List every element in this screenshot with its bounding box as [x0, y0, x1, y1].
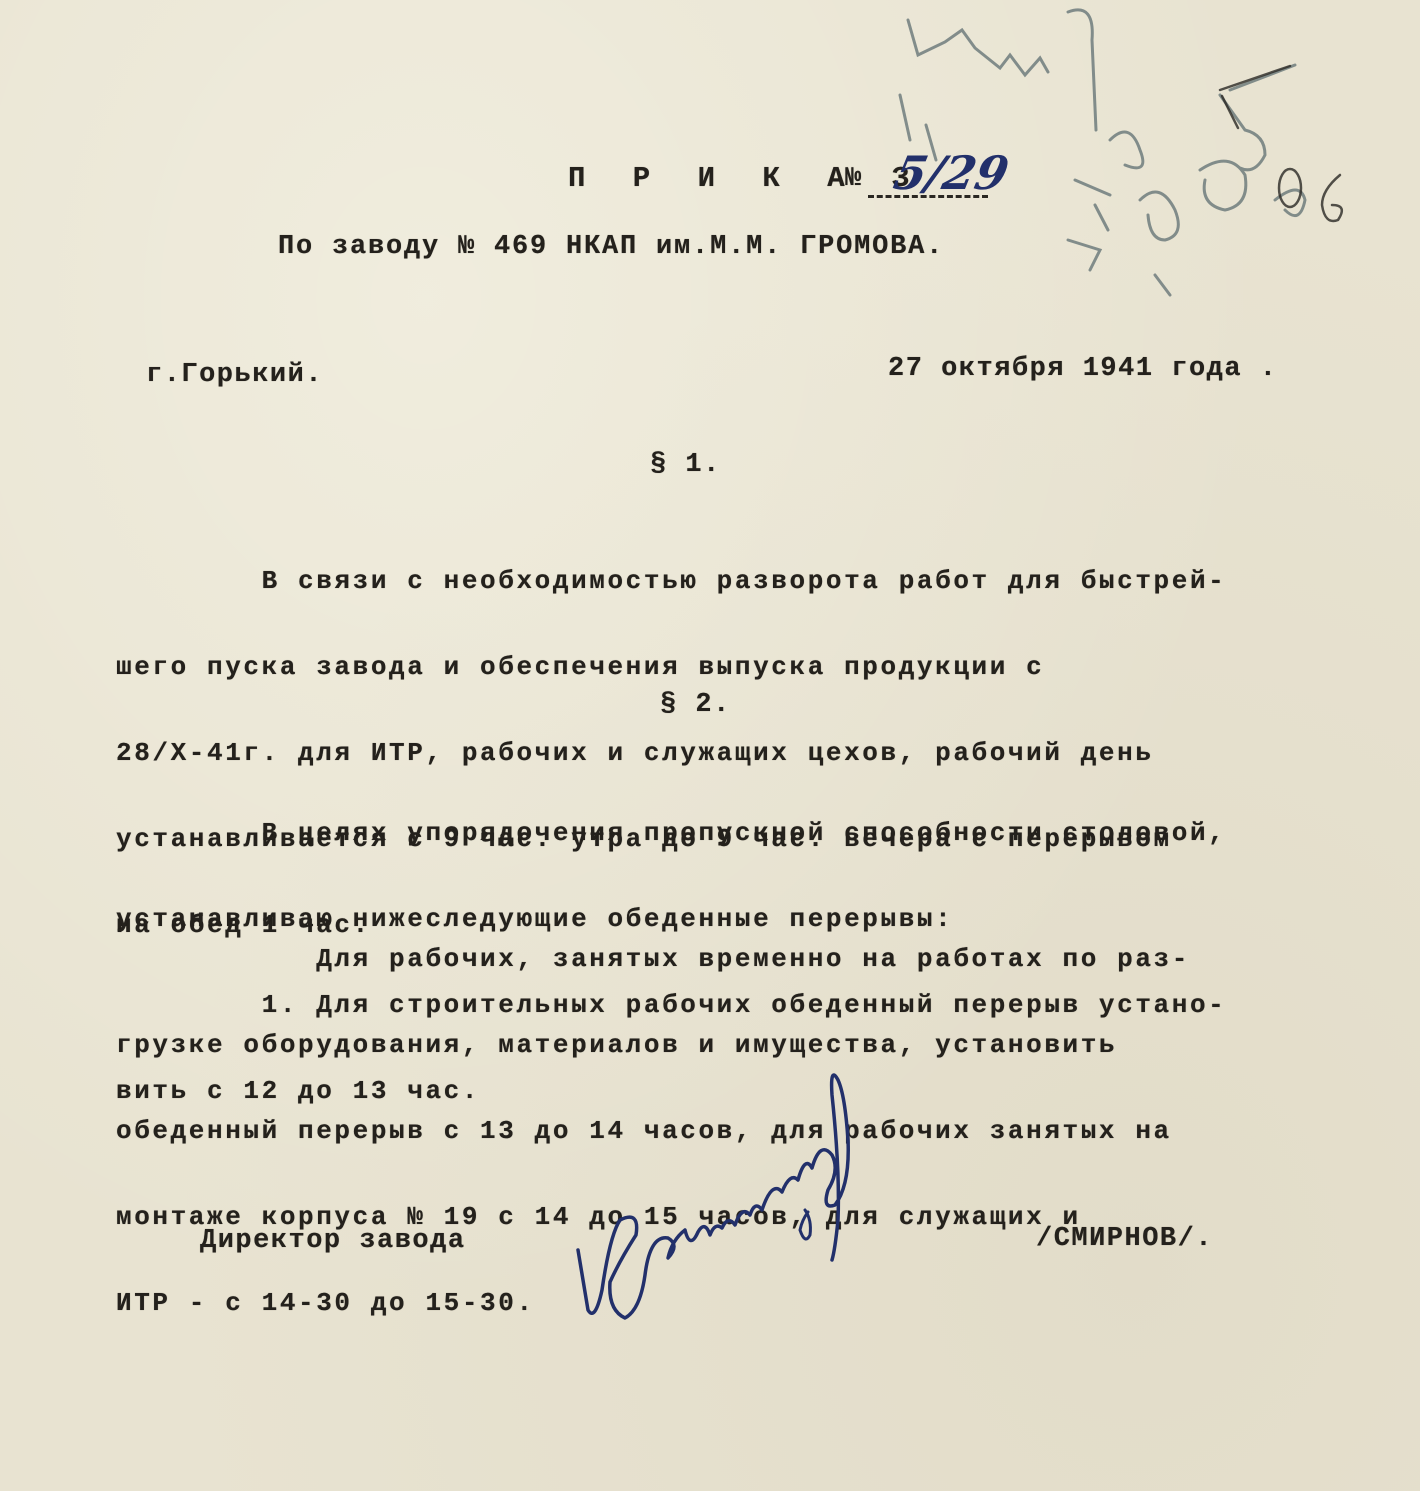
document-subtitle: По заводу № 469 НКАП им.М.М. ГРОМОВА.: [278, 232, 944, 262]
text-line: шего пуска завода и обеспечения выпуска …: [116, 654, 1226, 680]
text-line: В целях упорядочения пропускной способно…: [116, 820, 1226, 846]
document-title: П Р И К А З: [568, 162, 924, 195]
date-line: 27 октября 1941 года .: [888, 354, 1277, 384]
handwritten-signature: [550, 1060, 910, 1350]
signatory-position: Директор завода: [200, 1226, 466, 1256]
signatory-name: /СМИРНОВ/.: [1036, 1224, 1213, 1254]
order-number-handwritten: 5/29: [889, 146, 1013, 200]
number-sign: №: [845, 164, 861, 194]
text-line: грузке оборудования, материалов и имущес…: [116, 1032, 1190, 1058]
text-line: В связи с необходимостью разворота работ…: [116, 568, 1226, 594]
text-line: Для рабочих, занятых временно на работах…: [116, 946, 1190, 972]
city-line: г.Горький.: [146, 360, 323, 390]
section-2-heading: § 2.: [660, 690, 731, 720]
section-1-heading: § 1.: [650, 450, 721, 480]
